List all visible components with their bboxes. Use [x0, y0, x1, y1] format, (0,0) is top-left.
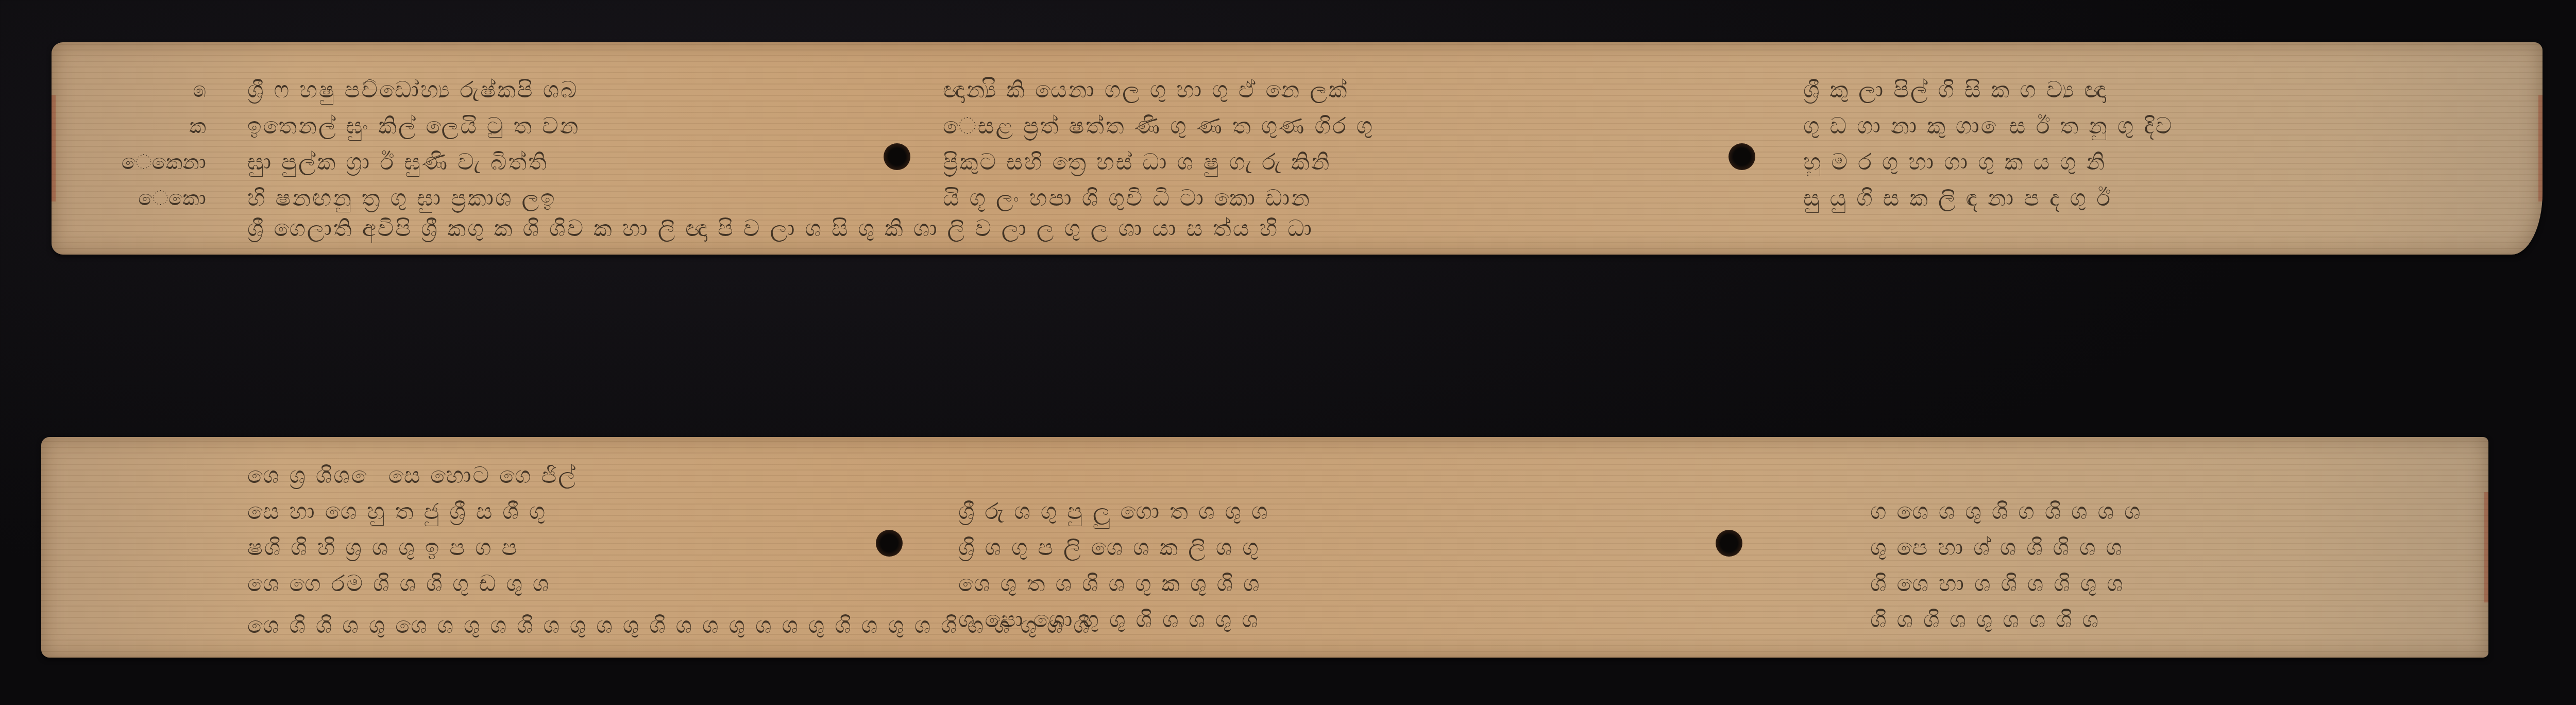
- binding-hole: [1716, 530, 1742, 557]
- script-line: ශි ශෙ හා ශ ශි ශ ශි ශු ශ: [1870, 566, 2142, 602]
- script-line: ග ශෙ ශ ශු ශි ග ශි ශ ශ ශ: [1870, 494, 2142, 530]
- script-line: ශු පෙ හා ශ් ශ ශි ශි ශ ශ: [1870, 530, 2142, 566]
- leaf-edge-stain: [2538, 95, 2543, 202]
- script-line: ෙසළ ප්‍රත් ෂත්ත ණි ගු ණ ත ගුණ ගිර ගු: [943, 108, 1374, 144]
- folio-number-column: ෧ ක ෙකෙනා ෙකො: [52, 72, 206, 216]
- script-line: ශි ශ ශි ශ ශු ශ ශ ශි ශ: [1870, 602, 2142, 638]
- binding-hole: [884, 143, 910, 170]
- script-line: ශෙ ගෙ රම ශි ශ ශි ගු ඩ ශු ශ: [247, 566, 577, 602]
- script-line: ශෙ ශ්‍ර ශිශ ෙ සෙ හොට ගෙ ජිල්: [247, 458, 577, 494]
- folio-mark: ෙකෙනා: [52, 144, 206, 180]
- script-line: ඉතෙනල් ඝුං කිල් ලෙයි ටු ත වන: [247, 108, 580, 144]
- leaf-edge-stain: [2484, 492, 2488, 602]
- script-line: ශ්‍රී ෆ හෂු පව්ඩෝහ්‍ය රුෂ්කපි ශබ: [247, 72, 580, 108]
- script-line: ඥාන්‍යි කි යෙනා ගල ගු හා ගු ඒ නෙ ලක්: [943, 72, 1374, 108]
- palm-leaf-manuscript-top: ෧ ක ෙකෙනා ෙකො ශ්‍රී ෆ හෂු පව්ඩෝහ්‍ය රුෂ්…: [52, 42, 2543, 255]
- script-line: ශෙ ශු ත ශ ශි ශ ගු ක ශු ශි ශ: [958, 566, 1269, 602]
- text-block-left: ශෙ ශ්‍ර ශිශ ෙ සෙ හොට ගෙ ජිල් සෙ හා ශෙ හු…: [247, 458, 577, 602]
- binding-hole: [876, 530, 903, 557]
- script-line: යි ගූ ලං හපා ශි ගුවි ධි ටා කො ඩාන: [943, 180, 1374, 216]
- palm-leaf-manuscript-bottom: ශෙ ශ්‍ර ශිශ ෙ සෙ හොට ගෙ ජිල් සෙ හා ශෙ හු…: [41, 437, 2488, 658]
- script-line: හු ම ර ගු හා ගා ගු ක ය ගු නි: [1803, 144, 2173, 180]
- full-width-script-line: ශ්‍රී ගෙලාති අවිපි ශ්‍රී කගු ක ශි ශිව ක …: [247, 215, 1313, 242]
- folio-mark: ෧: [52, 72, 206, 108]
- script-line: ගු ඩ ගා නා කු ගා ෙස ඊ ත නු ගු දිව: [1803, 108, 2173, 144]
- text-block-left: ශ්‍රී ෆ හෂු පව්ඩෝහ්‍ය රුෂ්කපි ශබ ඉතෙනල් …: [247, 72, 580, 216]
- script-line: ශ්‍රී රු ශ ගු පු ලු ගො ත ශ ශු ශ: [958, 494, 1269, 530]
- binding-hole: [1728, 143, 1755, 170]
- text-block-right: ශ්‍රී කු ලා පිල් ගි සි ක ග ව්‍ය ඥා ගු ඩ …: [1803, 72, 2173, 216]
- script-line: සෙ හා ශෙ හු ත ජු ශ්‍රී ස ශී ගු: [247, 494, 577, 530]
- script-line: ප්‍රිකුට සහි ත්‍රෙ හස් ධා ශ ෂු ගැ රු කින…: [943, 144, 1374, 180]
- folio-mark: ෙකො: [52, 180, 206, 216]
- script-line: සු යු ගි ස ක ලි ඳ නා ප ද ගු ඊ: [1803, 180, 2173, 216]
- script-line: ශ්‍රී කු ලා පිල් ගි සි ක ග ව්‍ය ඥා: [1803, 72, 2173, 108]
- full-width-script-line: ශෙ ශි ශි ශ ශු ශෙ ශ ශු ශ ශි ශ ශු ශ ශු ශි …: [247, 612, 1091, 639]
- text-block-middle: ඥාන්‍යි කි යෙනා ගල ගු හා ගු ඒ නෙ ලක් ෙසළ…: [943, 72, 1374, 216]
- text-block-right: ග ශෙ ශ ශු ශි ග ශි ශ ශ ශ ශු පෙ හා ශ් ශ ශි…: [1870, 494, 2142, 638]
- script-line: ෂශි ශි හි ශ්‍ර ශ ශු ඉ ප ග ප: [247, 530, 577, 566]
- folio-mark: ක: [52, 108, 206, 144]
- script-line: ශ්‍රි ශ ගු ප ලි ශෙ ශ ක ලි ශ ගු: [958, 530, 1269, 566]
- script-line: හි ෂනඟනු ත්‍ර ගු ඝුා ප්‍රකාශ ලඉ: [247, 180, 580, 216]
- script-line: ඝුා පුල්ක ග්‍රා ඊ ඝුණි වැ බිත්ති: [247, 144, 580, 180]
